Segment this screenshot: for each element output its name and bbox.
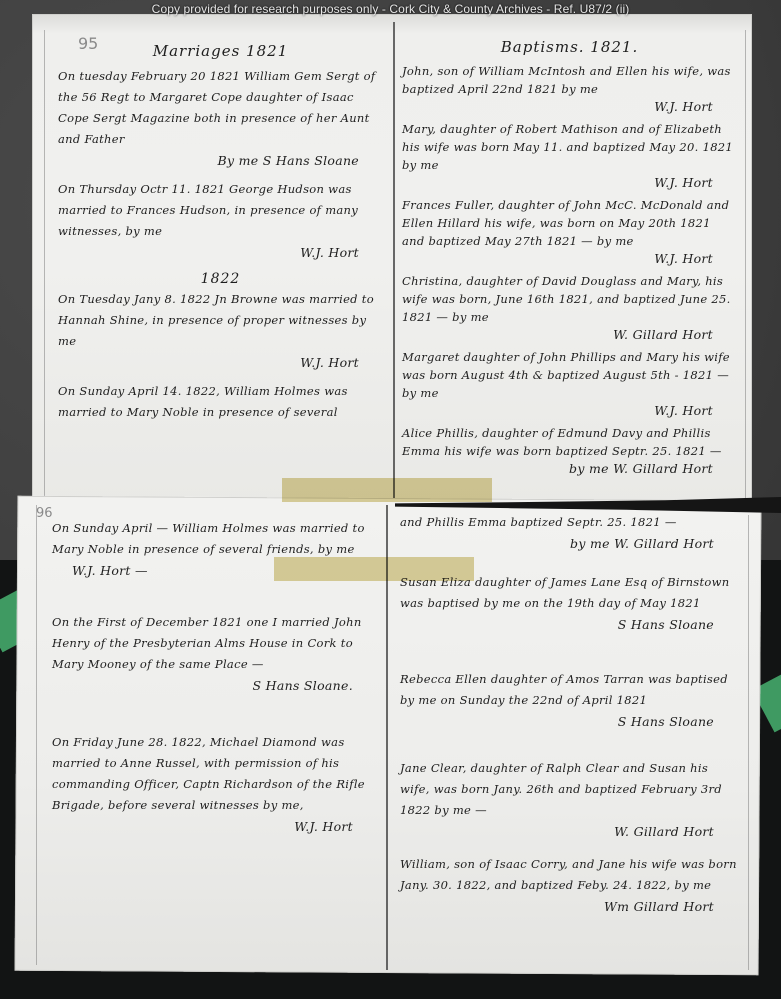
signature: S Hans Sloane — [400, 711, 738, 732]
marriage-entry: On the First of December 1821 one I marr… — [52, 612, 377, 696]
signature: W.J. Hort — — [52, 563, 172, 578]
baptisms-column-top: Baptisms. 1821. John, son of William McI… — [402, 38, 737, 478]
signature: W.J. Hort — [58, 242, 383, 263]
marriages-column-top: Marriages 1821 On tuesday February 20 18… — [58, 42, 383, 431]
baptisms-heading: Baptisms. 1821. — [402, 38, 737, 56]
entry-text: Rebecca Ellen daughter of Amos Tarran wa… — [400, 672, 728, 707]
signature: W.J. Hort — [58, 352, 383, 373]
signature: S Hans Sloane — [400, 614, 738, 635]
signature: W. Gillard Hort — [400, 821, 738, 842]
baptism-entry: Jane Clear, daughter of Ralph Clear and … — [400, 758, 738, 842]
entry-text: On Sunday April 14. 1822, William Holmes… — [58, 384, 348, 419]
entry-text: Christina, daughter of David Douglass an… — [402, 274, 731, 324]
signature: by me W. Gillard Hort — [400, 533, 738, 554]
bottom-left-margin-line — [36, 505, 37, 965]
signature: W.J. Hort — [402, 98, 737, 116]
baptism-entry: Frances Fuller, daughter of John McC. Mc… — [402, 196, 737, 268]
tape-strip-lower — [274, 557, 474, 581]
entry-text: William, son of Isaac Corry, and Jane hi… — [400, 857, 737, 892]
signature: Wm Gillard Hort — [400, 896, 738, 917]
marriage-entry: On Friday June 28. 1822, Michael Diamond… — [52, 732, 377, 837]
entry-text: Margaret daughter of John Phillips and M… — [402, 350, 730, 400]
page-number-96: 96 — [36, 506, 53, 521]
signature: W. Gillard Hort — [402, 326, 737, 344]
signature: S Hans Sloane. — [52, 675, 377, 696]
baptism-entry: John, son of William McIntosh and Ellen … — [402, 62, 737, 116]
baptism-entry: Susan Eliza daughter of James Lane Esq o… — [400, 572, 738, 635]
signature: W.J. Hort — [402, 250, 737, 268]
baptism-entry: Rebecca Ellen daughter of Amos Tarran wa… — [400, 669, 738, 732]
entry-text: On the First of December 1821 one I marr… — [52, 615, 362, 671]
top-right-margin-line — [745, 30, 746, 500]
signature: W.J. Hort — [402, 174, 737, 192]
marriages-heading: Marriages 1821 — [58, 42, 383, 60]
entry-text: On Friday June 28. 1822, Michael Diamond… — [52, 735, 365, 812]
marriage-entry: On Sunday April 14. 1822, William Holmes… — [58, 381, 383, 423]
marriage-entry: On Tuesday Jany 8. 1822 Jn Browne was ma… — [58, 289, 383, 373]
baptism-entry: Alice Phillis, daughter of Edmund Davy a… — [402, 424, 737, 478]
entry-text: On tuesday February 20 1821 William Gem … — [58, 69, 375, 146]
signature: W.J. Hort — [52, 816, 377, 837]
top-gutter-line — [393, 22, 395, 500]
baptism-entry: William, son of Isaac Corry, and Jane hi… — [400, 854, 738, 917]
signature: by me W. Gillard Hort — [402, 460, 737, 478]
archive-watermark: Copy provided for research purposes only… — [0, 2, 781, 16]
baptism-entry: Christina, daughter of David Douglass an… — [402, 272, 737, 344]
entry-text: Mary, daughter of Robert Mathison and of… — [402, 122, 733, 172]
top-left-margin-line — [44, 30, 45, 500]
entry-text: On Thursday Octr 11. 1821 George Hudson … — [58, 182, 358, 238]
entry-text: On Tuesday Jany 8. 1822 Jn Browne was ma… — [58, 292, 374, 348]
entry-text: Frances Fuller, daughter of John McC. Mc… — [402, 198, 729, 248]
signature: By me S Hans Sloane — [58, 150, 383, 171]
entry-text: Alice Phillis, daughter of Edmund Davy a… — [402, 426, 722, 458]
baptism-entry: Margaret daughter of John Phillips and M… — [402, 348, 737, 420]
entry-text: John, son of William McIntosh and Ellen … — [402, 64, 731, 96]
entry-text: Jane Clear, daughter of Ralph Clear and … — [400, 761, 722, 817]
year-heading-1822: 1822 — [58, 271, 383, 287]
entry-text: and Phillis Emma baptized Septr. 25. 182… — [400, 515, 677, 529]
marriage-entry: On tuesday February 20 1821 William Gem … — [58, 66, 383, 171]
baptism-entry: Mary, daughter of Robert Mathison and of… — [402, 120, 737, 192]
tape-strip-upper — [282, 478, 492, 502]
signature: W.J. Hort — [402, 402, 737, 420]
entry-text: On Sunday April — William Holmes was mar… — [52, 521, 365, 556]
bottom-right-margin-line — [748, 515, 749, 970]
baptism-entry: and Phillis Emma baptized Septr. 25. 182… — [400, 512, 738, 554]
marriage-entry: On Thursday Octr 11. 1821 George Hudson … — [58, 179, 383, 263]
